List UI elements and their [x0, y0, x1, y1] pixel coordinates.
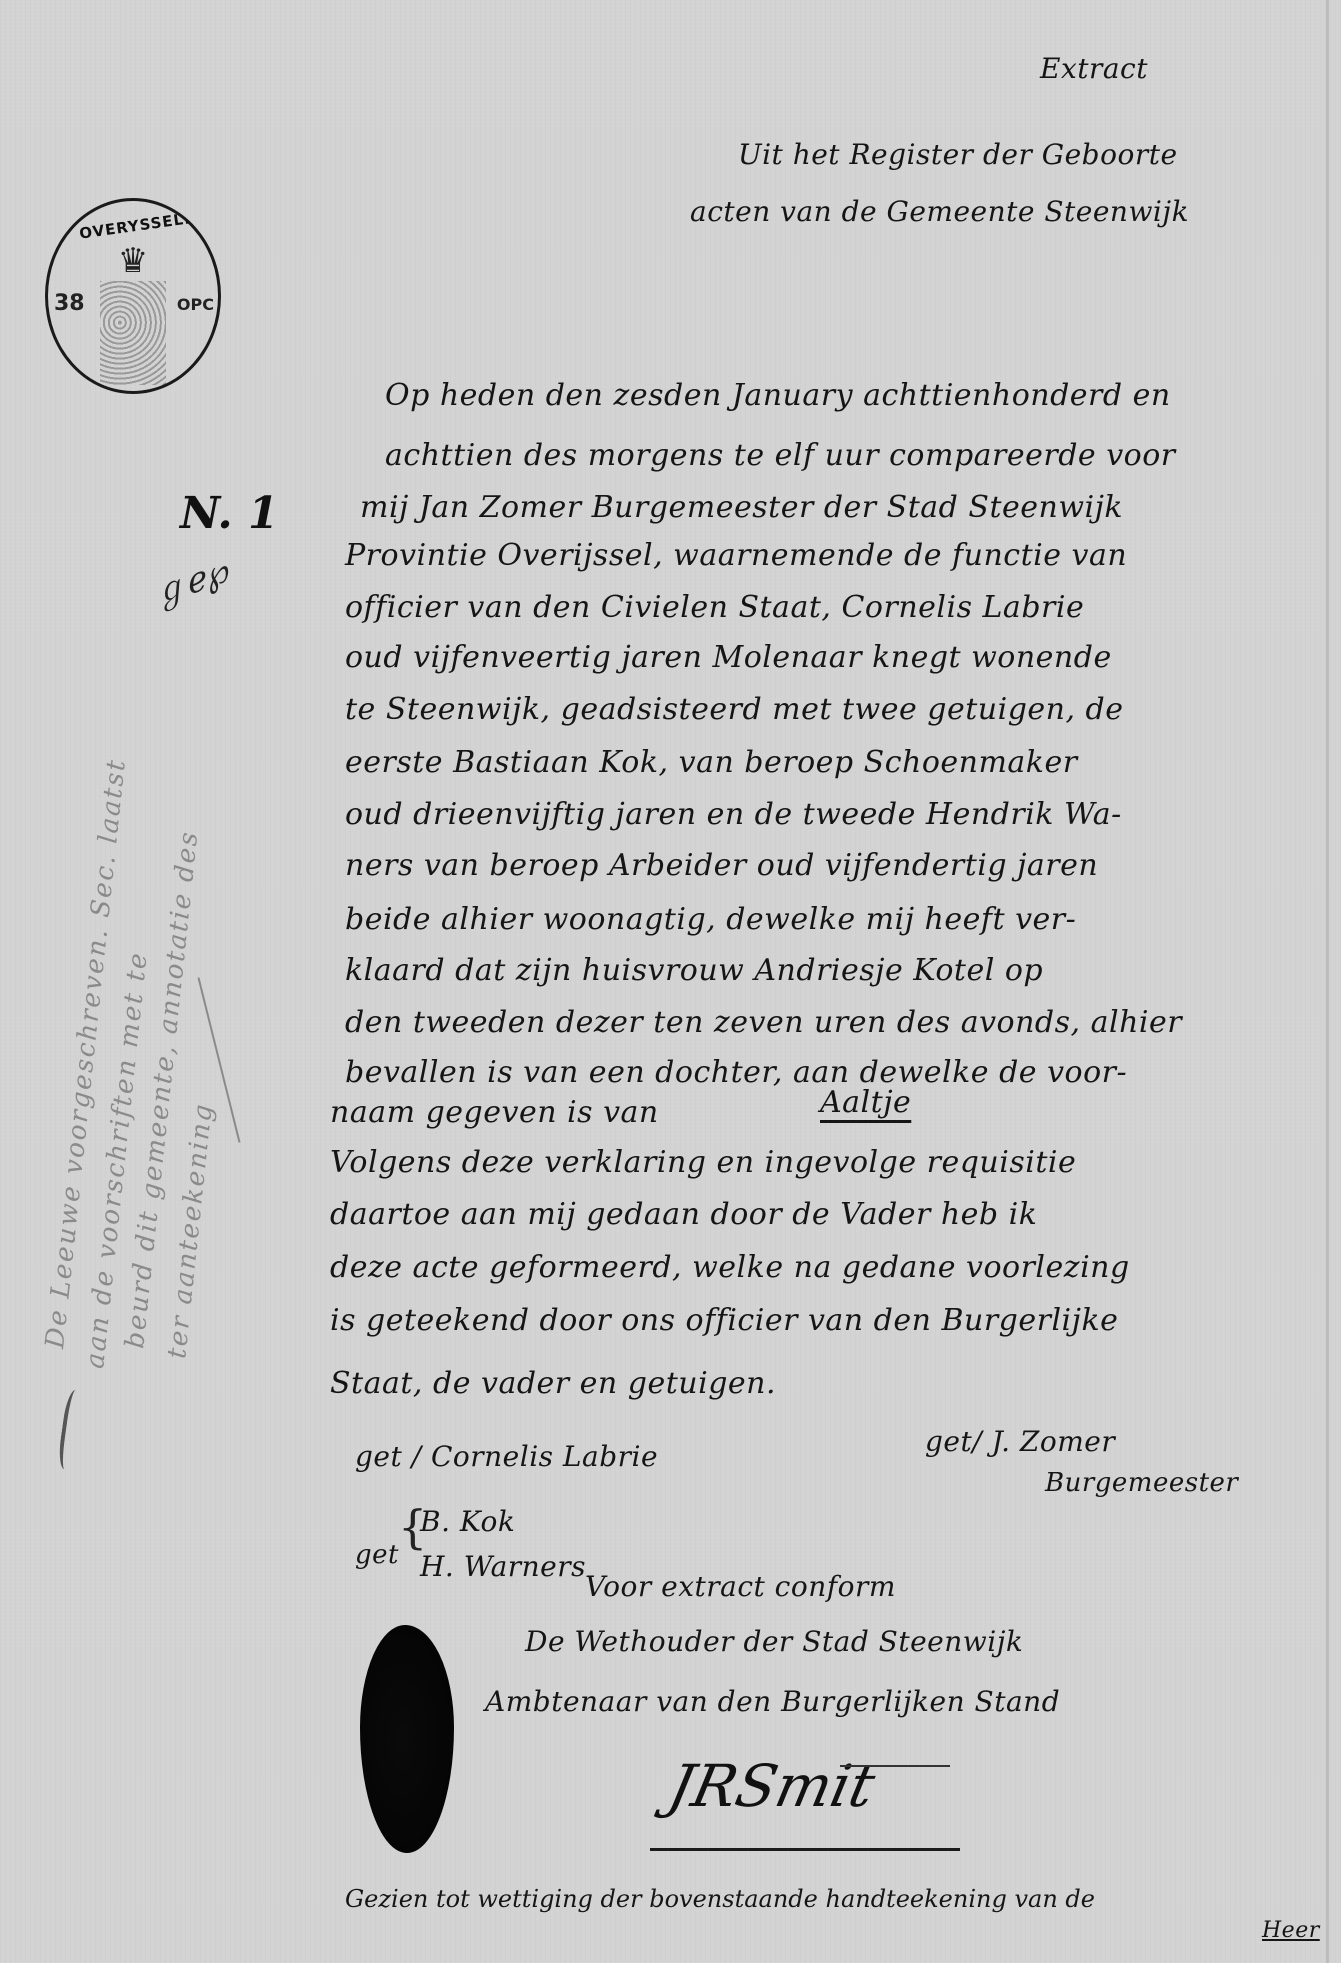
certification-line-1: Voor extract conform	[585, 1570, 896, 1603]
body-line-11: beide alhier woonagtig, dewelke mij heef…	[345, 902, 1076, 937]
official-signature: JRSmit	[663, 1752, 881, 1820]
crown-icon: ♛	[98, 243, 168, 279]
margin-vertical-annotation: De Leeuwe voorgeschreven. Sec. laatst aa…	[30, 560, 250, 1260]
body-line-18: deze acte geformeerd, welke na gedane vo…	[330, 1250, 1130, 1285]
body-line-12: klaard dat zijn huisvrouw Andriesje Kote…	[345, 953, 1043, 988]
signature-flourish	[840, 1765, 950, 1767]
overyssel-stamp: OVERYSSEL. ♛ 38 OPC	[45, 198, 221, 394]
witness-1-signature: B. Kok	[420, 1505, 515, 1538]
page-edge	[1326, 0, 1329, 1963]
wax-seal	[360, 1625, 454, 1853]
witness-2-signature: H. Warners	[420, 1550, 586, 1583]
mayor-signature: get/ J. Zomer	[925, 1425, 1115, 1458]
body-line-3: mij Jan Zomer Burgemeester der Stad Stee…	[360, 490, 1123, 525]
mayor-title: Burgemeester	[1045, 1468, 1238, 1498]
father-signature: get / Cornelis Labrie	[355, 1440, 658, 1473]
stamp-region-text: OVERYSSEL.	[69, 208, 200, 244]
child-name: Aaltje	[820, 1085, 911, 1120]
body-line-16: Volgens deze verklaring en ingevolge req…	[330, 1145, 1076, 1180]
footer-line-1: Gezien tot wettiging der bovenstaande ha…	[345, 1885, 1095, 1913]
certification-line-2: De Wethouder der Stad Steenwijk	[525, 1625, 1023, 1658]
header-line-2: acten van de Gemeente Steenwijk	[690, 195, 1189, 228]
body-line-13: den tweeden dezer ten zeven uren des avo…	[345, 1005, 1182, 1040]
stamp-lion-emblem	[100, 281, 166, 385]
body-line-15: naam gegeven is van	[330, 1095, 659, 1130]
body-line-10: ners van beroep Arbeider oud vijfenderti…	[345, 848, 1098, 883]
scanned-document-page: Extract Uit het Register der Geboorte ac…	[0, 0, 1341, 1963]
body-line-7: te Steenwijk, geadsisteerd met twee getu…	[345, 692, 1124, 727]
body-line-14: bevallen is van een dochter, aan dewelke…	[345, 1055, 1127, 1090]
body-line-6: oud vijfenveertig jaren Molenaar knegt w…	[345, 640, 1112, 675]
witness-prefix: get	[355, 1540, 399, 1570]
body-line-5: officier van den Civielen Staat, Corneli…	[345, 590, 1084, 625]
body-line-2: achttien des morgens te elf uur comparee…	[385, 438, 1176, 473]
stamp-right-text: OPC	[177, 295, 214, 314]
body-line-9: oud drieenvijftig jaren en de tweede Hen…	[345, 797, 1122, 832]
body-line-1: Op heden den zesden January achttienhond…	[385, 378, 1171, 413]
margin-scribble	[57, 1389, 88, 1471]
body-line-8: eerste Bastiaan Kok, van beroep Schoenma…	[345, 745, 1078, 780]
header-line-1: Uit het Register der Geboorte	[738, 138, 1178, 171]
stamp-left-number: 38	[54, 291, 85, 316]
footer-line-2: Heer	[1262, 1918, 1320, 1943]
body-line-19: is geteekend door ons officier van den B…	[330, 1303, 1118, 1338]
body-line-17: daartoe aan mij gedaan door de Vader heb…	[330, 1197, 1037, 1232]
document-title: Extract	[1040, 52, 1148, 85]
body-line-20: Staat, de vader en getuigen.	[330, 1366, 776, 1401]
margin-record-number: N. 1	[180, 488, 279, 539]
certification-line-3: Ambtenaar van den Burgerlijken Stand	[485, 1685, 1060, 1718]
body-line-4: Provintie Overijssel, waarnemende de fun…	[345, 538, 1127, 573]
signature-underline	[650, 1848, 960, 1851]
